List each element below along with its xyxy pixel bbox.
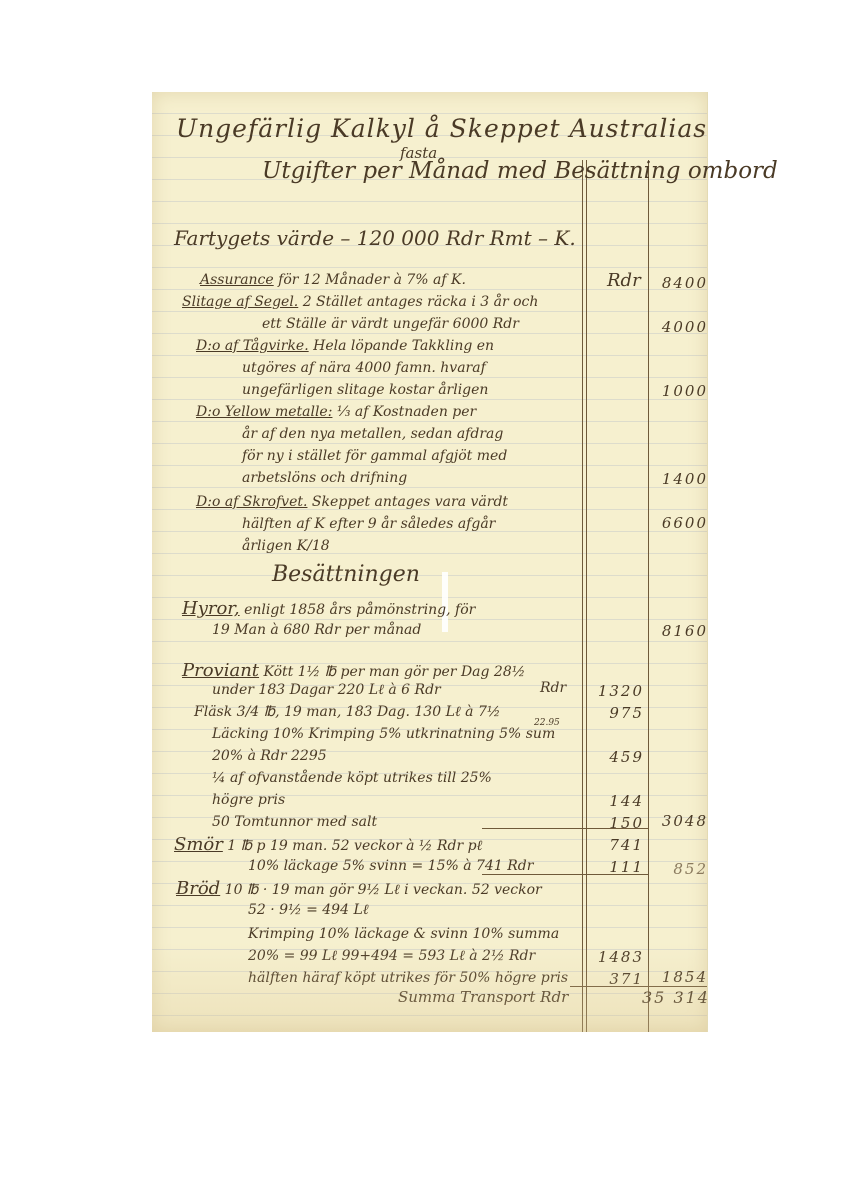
metal-label: D:o Yellow metalle: — [196, 404, 332, 420]
sails-text: 2 Stället antages räcka i 3 år och — [303, 294, 539, 310]
hull-row: D:o af Skrofvet. Skeppet antages vara vä… — [196, 494, 508, 510]
provisions-amount-2: 975 — [588, 704, 644, 722]
crew-heading: Besättningen — [272, 562, 420, 587]
butter-amount-0: 741 — [588, 836, 644, 854]
assurance-row: Assurance för 12 Månader à 7% af K. — [200, 272, 466, 288]
butter-line-0: 1 ℔ p 19 man. 52 veckor à ½ Rdr pℓ — [227, 838, 482, 854]
column-divider-left-b — [586, 160, 587, 1032]
sails-amount: 4000 — [652, 318, 708, 336]
provisions-subtotal: 3048 — [652, 812, 708, 830]
assurance-label: Assurance — [200, 272, 274, 288]
rigging-label: D:o af Tågvirke. — [196, 338, 309, 354]
metal-text-4: arbetslöns och drifning — [242, 470, 407, 486]
hull-text-2: hälften af K efter 9 år således afgår — [242, 516, 495, 532]
butter-subtotal: 852 — [652, 860, 708, 878]
rigging-text: Hela löpande Takkling en — [313, 338, 494, 354]
provisions-line-1: under 183 Dagar 220 Lℓ à 6 Rdr — [212, 682, 441, 699]
bread-row: Bröd 10 ℔ · 19 man gör 9½ Lℓ i veckan. 5… — [176, 878, 542, 899]
rigging-amount: 1000 — [652, 382, 708, 400]
wages-amount: 8160 — [652, 622, 708, 640]
hull-text-3: årligen K/18 — [242, 538, 330, 554]
provisions-row: Proviant Kött 1½ ℔ per man gör per Dag 2… — [182, 660, 525, 681]
bread-line-3: 20% = 99 Lℓ 99+494 = 593 Lℓ à 2½ Rdr — [248, 948, 535, 965]
metal-amount: 1400 — [652, 470, 708, 488]
butter-row: Smör 1 ℔ p 19 man. 52 veckor à ½ Rdr pℓ — [174, 834, 482, 855]
wages-row: Hyror, enligt 1858 års påmönstring, för — [182, 598, 475, 619]
assurance-text: för 12 Månader à 7% af K. — [278, 272, 466, 288]
grand-total: 35 314 — [642, 988, 708, 1007]
assurance-amount: 8400 — [652, 274, 708, 292]
column-divider-left-a — [582, 160, 583, 1032]
total-label: Summa Transport Rdr — [398, 988, 568, 1006]
provisions-line-0: Kött 1½ ℔ per man gör per Dag 28½ — [264, 664, 526, 680]
rigging-text-2: utgöres af nära 4000 famn. hvaraf — [242, 360, 486, 376]
bread-label: Bröd — [176, 878, 220, 899]
provisions-amount-7: 150 — [588, 814, 644, 832]
bread-line-4: hälften häraf köpt utrikes för 50% högre… — [248, 970, 568, 986]
bread-amount-3: 1483 — [588, 948, 644, 966]
wages-text: enligt 1858 års påmönstring, för — [244, 602, 475, 618]
bread-line-2: Krimping 10% läckage & svinn 10% summa — [248, 926, 559, 942]
bread-underline — [570, 986, 707, 987]
currency-mark: Rdr — [607, 270, 641, 291]
provisions-amount-4: 459 — [588, 748, 644, 766]
provisions-line-4: 20% à Rdr 2295 — [212, 748, 327, 764]
provisions-amount-6: 144 — [588, 792, 644, 810]
provisions-note: 22.95 — [534, 718, 560, 728]
provisions-line-3: Läcking 10% Krimping 5% utkrinatning 5% … — [212, 726, 555, 742]
vessel-value: Fartygets värde – 120 000 Rdr Rmt – K. — [174, 226, 576, 250]
title-line-1: Ungefärlig Kalkyl å Skeppet Australias — [176, 114, 707, 143]
provisions-line-2: Fläsk 3/4 ℔, 19 man, 183 Dag. 130 Lℓ à 7… — [194, 704, 500, 721]
butter-line-1: 10% läckage 5% svinn = 15% à 741 Rdr — [248, 858, 533, 874]
sails-row: Slitage af Segel. 2 Stället antages räck… — [182, 294, 538, 310]
title-line-2: Utgifter per Månad med Besättning ombord — [262, 158, 778, 184]
provisions-line-5: ¼ af ofvanstående köpt utrikes till 25% — [212, 770, 492, 786]
sails-text-2: ett Ställe är värdt ungefär 6000 Rdr — [262, 316, 519, 332]
hull-amount: 6600 — [652, 514, 708, 532]
provisions-currency-mark: Rdr — [540, 680, 566, 696]
bread-amount-4: 371 — [588, 970, 644, 988]
provisions-line-6: högre pris — [212, 792, 285, 808]
metal-text-2: år af den nya metallen, sedan afdrag — [242, 426, 503, 442]
bread-subtotal: 1854 — [652, 968, 708, 986]
manuscript-page: Ungefärlig Kalkyl å Skeppet Australias f… — [152, 92, 708, 1032]
wages-label: Hyror, — [182, 598, 240, 619]
hull-text: Skeppet antages vara värdt — [312, 494, 508, 510]
wages-text-2: 19 Man à 680 Rdr per månad — [212, 622, 421, 638]
metal-text: ⅓ af Kostnaden per — [337, 404, 476, 420]
provisions-label: Proviant — [182, 660, 259, 681]
column-divider-right — [648, 160, 649, 1032]
metal-text-3: för ny i stället för gammal afgjöt med — [242, 448, 507, 464]
sails-label: Slitage af Segel. — [182, 294, 298, 310]
metal-row: D:o Yellow metalle: ⅓ af Kostnaden per — [196, 404, 476, 420]
provisions-amount-1: 1320 — [588, 682, 644, 700]
hull-label: D:o af Skrofvet. — [196, 494, 307, 510]
bread-line-0: 10 ℔ · 19 man gör 9½ Lℓ i veckan. 52 vec… — [225, 882, 542, 898]
butter-label: Smör — [174, 834, 223, 855]
provisions-line-7: 50 Tomtunnor med salt — [212, 814, 377, 830]
rigging-text-3: ungefärligen slitage kostar årligen — [242, 382, 488, 398]
butter-underline — [482, 874, 648, 875]
rigging-row: D:o af Tågvirke. Hela löpande Takkling e… — [196, 338, 494, 354]
bread-line-1: 52 · 9½ = 494 Lℓ — [248, 902, 369, 919]
